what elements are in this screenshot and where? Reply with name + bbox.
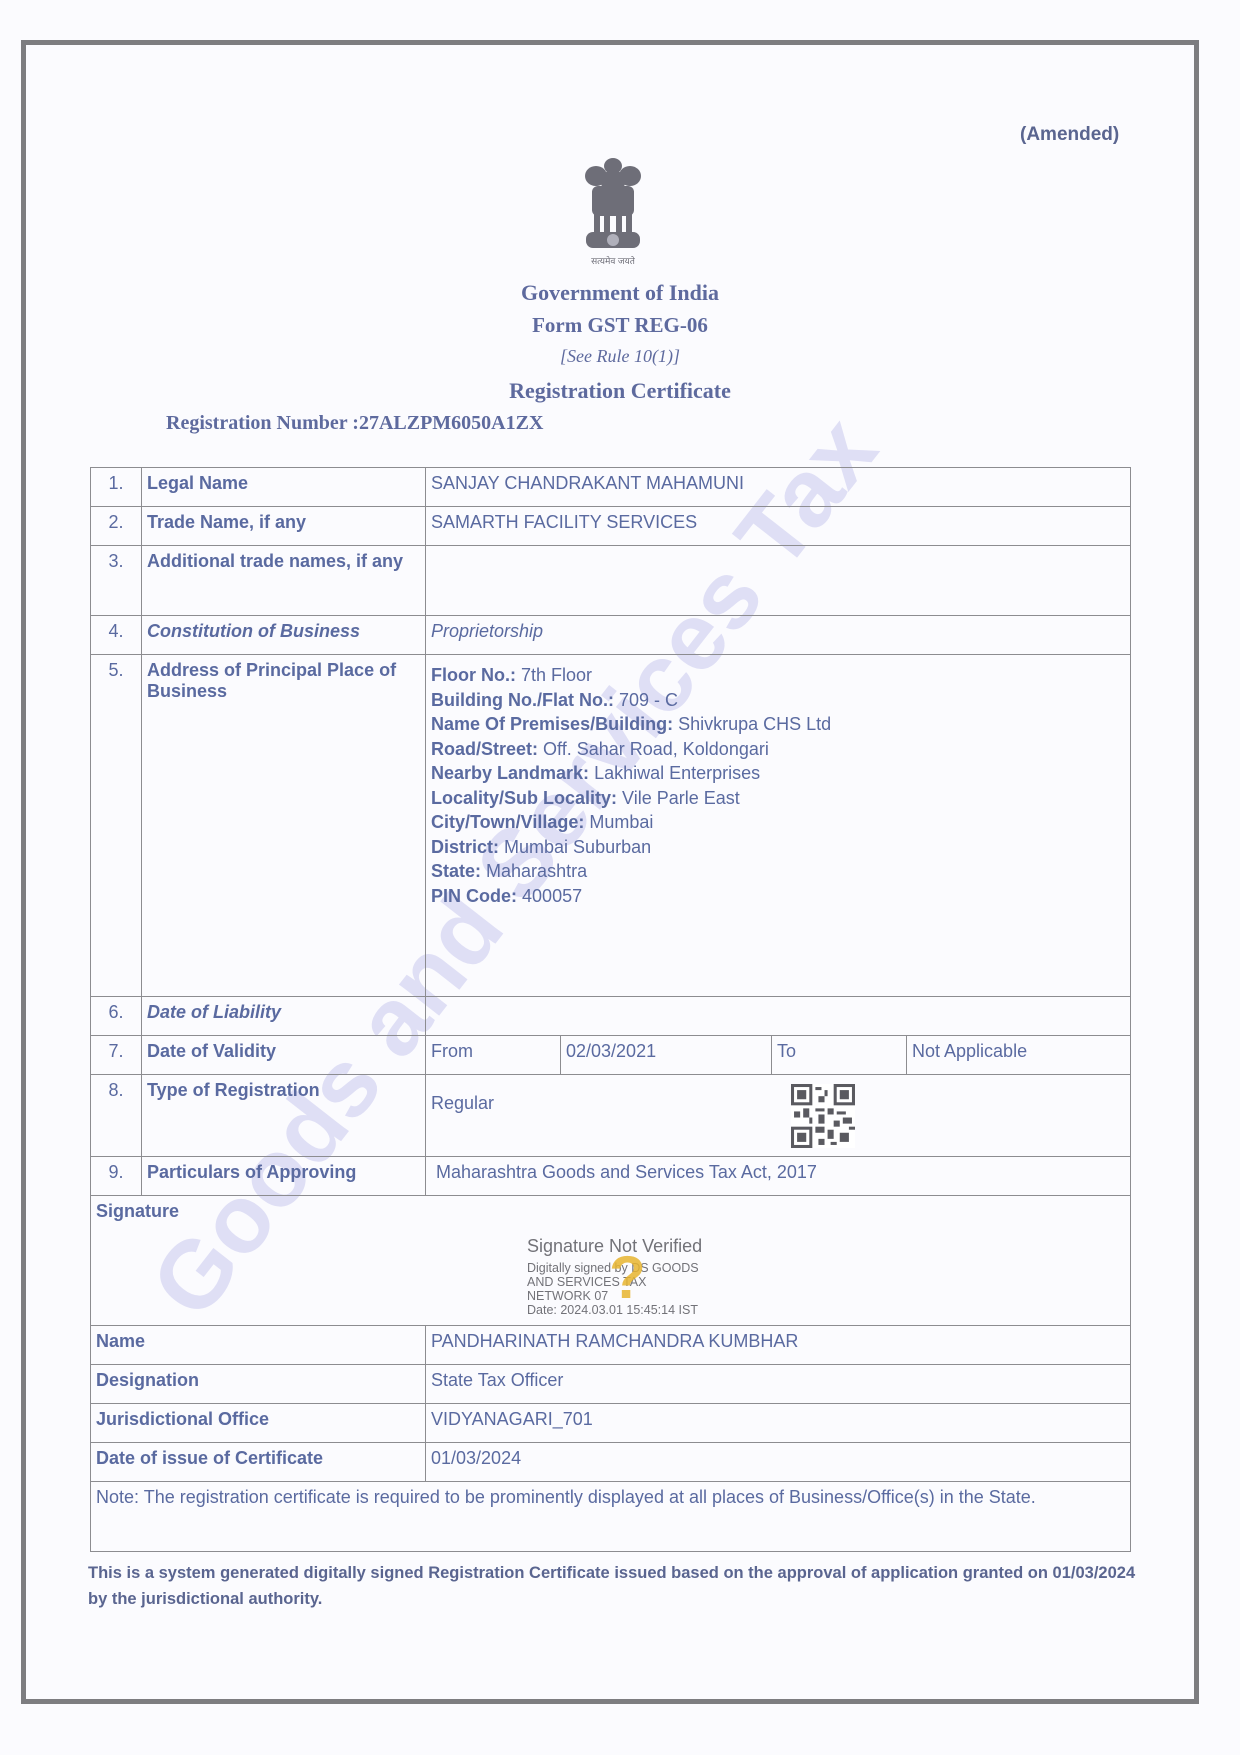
certificate-title: Registration Certificate <box>0 378 1240 404</box>
question-mark-icon: ? <box>609 1248 646 1308</box>
row-number: 1. <box>91 468 142 507</box>
address-line: Name Of Premises/Building: Shivkrupa CHS… <box>431 712 1125 737</box>
row-number: 9. <box>91 1157 142 1196</box>
officer-row: Date of issue of Certificate 01/03/2024 <box>91 1443 1131 1482</box>
date-of-liability-value <box>426 997 1131 1036</box>
address-line: Floor No.: 7th Floor <box>431 663 1125 688</box>
constitution-value: Proprietorship <box>426 616 1131 655</box>
note-row: Note: The registration certificate is re… <box>91 1482 1131 1552</box>
designation-value: State Tax Officer <box>426 1365 1131 1404</box>
trade-name-value: SAMARTH FACILITY SERVICES <box>426 507 1131 546</box>
validity-to-label: To <box>772 1036 907 1075</box>
registration-details-table: 1. Legal Name SANJAY CHANDRAKANT MAHAMUN… <box>90 467 1131 1552</box>
note-text: Note: The registration certificate is re… <box>91 1482 1131 1552</box>
table-row: 8. Type of Registration Regular <box>91 1075 1131 1157</box>
table-row: 9. Particulars of Approving Maharashtra … <box>91 1157 1131 1196</box>
signature-label: Signature <box>96 1201 1125 1222</box>
validity-to-date: Not Applicable <box>907 1036 1131 1075</box>
row-label: Type of Registration <box>142 1075 426 1157</box>
issue-date-value: 01/03/2024 <box>426 1443 1131 1482</box>
row-label: Constitution of Business <box>142 616 426 655</box>
government-heading: Government of India <box>0 280 1240 306</box>
registration-type-value: Regular <box>431 1093 494 1114</box>
national-emblem-icon: सत्यमेव जयते <box>576 152 650 270</box>
address-line: Building No./Flat No.: 709 - C <box>431 688 1125 713</box>
officer-row: Jurisdictional Office VIDYANAGARI_701 <box>91 1404 1131 1443</box>
legal-name-value: SANJAY CHANDRAKANT MAHAMUNI <box>426 468 1131 507</box>
row-number: 4. <box>91 616 142 655</box>
registration-number-value: 27ALZPM6050A1ZX <box>359 412 543 434</box>
officer-row: Designation State Tax Officer <box>91 1365 1131 1404</box>
row-number: 7. <box>91 1036 142 1075</box>
officer-label: Designation <box>91 1365 426 1404</box>
officer-label: Name <box>91 1326 426 1365</box>
row-label: Address of Principal Place of Business <box>142 655 426 997</box>
table-row: 2. Trade Name, if any SAMARTH FACILITY S… <box>91 507 1131 546</box>
row-number: 3. <box>91 546 142 616</box>
row-label: Additional trade names, if any <box>142 546 426 616</box>
officer-label: Date of issue of Certificate <box>91 1443 426 1482</box>
officer-label: Jurisdictional Office <box>91 1404 426 1443</box>
row-number: 2. <box>91 507 142 546</box>
address-line: City/Town/Village: Mumbai <box>431 810 1125 835</box>
registration-type-cell: Regular <box>426 1075 1131 1157</box>
amended-label: (Amended) <box>1020 124 1119 146</box>
qr-code-icon <box>791 1084 855 1148</box>
table-row: 4. Constitution of Business Proprietorsh… <box>91 616 1131 655</box>
address-line: State: Maharashtra <box>431 859 1125 884</box>
table-row: 3. Additional trade names, if any <box>91 546 1131 616</box>
address-line: PIN Code: 400057 <box>431 884 1125 909</box>
table-row: 5. Address of Principal Place of Busines… <box>91 655 1131 997</box>
additional-trade-names-value <box>426 546 1131 616</box>
rule-reference: [See Rule 10(1)] <box>0 346 1240 367</box>
signature-row: Signature ? Signature Not Verified Digit… <box>91 1196 1131 1326</box>
table-row: 7. Date of Validity From 02/03/2021 To N… <box>91 1036 1131 1075</box>
registration-number: Registration Number :27ALZPM6050A1ZX <box>164 412 543 435</box>
row-number: 6. <box>91 997 142 1036</box>
validity-from-date: 02/03/2021 <box>561 1036 772 1075</box>
row-number: 8. <box>91 1075 142 1157</box>
address-line: Road/Street: Off. Sahar Road, Koldongari <box>431 737 1125 762</box>
validity-from-label: From <box>426 1036 561 1075</box>
registration-number-label: Registration Number : <box>166 412 359 434</box>
table-row: 1. Legal Name SANJAY CHANDRAKANT MAHAMUN… <box>91 468 1131 507</box>
form-heading: Form GST REG-06 <box>0 313 1240 338</box>
row-label: Trade Name, if any <box>142 507 426 546</box>
jurisdictional-office-value: VIDYANAGARI_701 <box>426 1404 1131 1443</box>
address-value: Floor No.: 7th Floor Building No./Flat N… <box>426 655 1131 997</box>
row-label: Date of Validity <box>142 1036 426 1075</box>
address-line: District: Mumbai Suburban <box>431 835 1125 860</box>
officer-name-value: PANDHARINATH RAMCHANDRA KUMBHAR <box>426 1326 1131 1365</box>
row-label: Particulars of Approving <box>142 1157 426 1196</box>
officer-row: Name PANDHARINATH RAMCHANDRA KUMBHAR <box>91 1326 1131 1365</box>
row-label: Legal Name <box>142 468 426 507</box>
address-line: Nearby Landmark: Lakhiwal Enterprises <box>431 761 1125 786</box>
row-label: Date of Liability <box>142 997 426 1036</box>
signature-cell: Signature ? Signature Not Verified Digit… <box>91 1196 1131 1326</box>
digital-signature-block: ? Signature Not Verified Digitally signe… <box>527 1236 702 1317</box>
row-number: 5. <box>91 655 142 997</box>
table-row: 6. Date of Liability <box>91 997 1131 1036</box>
footer-statement: This is a system generated digitally sig… <box>88 1560 1138 1612</box>
approving-act-value: Maharashtra Goods and Services Tax Act, … <box>426 1157 1131 1196</box>
address-line: Locality/Sub Locality: Vile Parle East <box>431 786 1125 811</box>
svg-text:सत्यमेव जयते: सत्यमेव जयते <box>591 255 636 266</box>
